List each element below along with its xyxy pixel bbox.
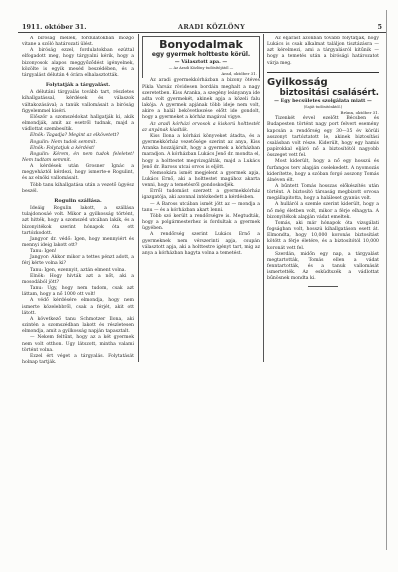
paragraph: A biróság ezzel, fordulatokban ezúttal e… bbox=[22, 48, 134, 79]
paragraph: Tomás, aki már hónapok óta vizsgálati fo… bbox=[267, 221, 379, 252]
paragraph: A bűntett Tomás hosszas előkészítés után… bbox=[267, 184, 379, 202]
column-3: Az eljárást azonban tovább folytatják, h… bbox=[267, 36, 379, 506]
paragraph: Az aradi gyermekkórházban a bizony ötéve… bbox=[142, 78, 260, 121]
paragraph: A kérdések után Grosner Ignác a megyeház… bbox=[22, 164, 134, 182]
section-subheading: Folytatják a tárgyalást. bbox=[22, 82, 134, 88]
dialogue-line: Jangyor: Akkor mikor a tettes pénzt adot… bbox=[22, 255, 134, 267]
column-2: Bonyodalmak egy gyermek holtteste körül.… bbox=[142, 36, 260, 506]
paragraph: Erről tudomást szerzett a gyermekkórház … bbox=[142, 189, 260, 201]
paragraph: Nemsokára ismét megjelent a gyermek apja… bbox=[142, 171, 260, 189]
dialogue-line: Jangyor dr. védő: Igen, hogy mennyiért é… bbox=[22, 237, 134, 249]
paragraph: — A Baross utcában ismét jött az — mondj… bbox=[142, 202, 260, 214]
paragraph: Először a szomszédokat hallgatják ki, ak… bbox=[22, 115, 134, 133]
article-title: Bonyodalmak bbox=[145, 39, 257, 51]
newspaper-page: 1911. október 31. ARADI KÖZLÖNY 5 A biró… bbox=[0, 0, 398, 572]
page-header: 1911. október 31. ARADI KÖZLÖNY 5 bbox=[18, 22, 386, 33]
paragraph: A következő tanu Schmotzer Ilona, aki sz… bbox=[22, 317, 134, 335]
page-number: 5 bbox=[377, 23, 382, 31]
dialogue-line: Tanu: Igen, ezennyit, aztán elment volna… bbox=[22, 268, 134, 274]
article-subtitle: egy gyermek holtteste körül. bbox=[145, 51, 257, 59]
paragraph: A hulláról a szemle szerint kiderült, ho… bbox=[267, 202, 379, 220]
dateline: Arad, október 31. bbox=[145, 71, 257, 77]
page-edge bbox=[386, 10, 387, 550]
section-subheading: Rogulin szállása. bbox=[22, 198, 134, 204]
end-rule bbox=[308, 286, 338, 287]
paragraph: Az aradi kórházi orvosok a kiskorú holtt… bbox=[142, 122, 260, 134]
paragraph: A délutáni tárgyalás tovább tart, részle… bbox=[22, 90, 134, 115]
paragraph: A védő kérdésére elmondja, hogy nem isme… bbox=[22, 298, 134, 316]
dialogue-line: Rogulin: Kérem, én nem tudok feleletet! … bbox=[22, 152, 134, 164]
paragraph: Szerdán, midőn egy nap, a tárgyalást meg… bbox=[267, 252, 379, 283]
article-title-box: Bonyodalmak egy gyermek holtteste körül.… bbox=[142, 36, 260, 78]
dialogue-line: Tanu: Ugy, hogy nem tudom, csak azt látt… bbox=[22, 286, 134, 298]
dialogue-line: Elnök: Tagadja? Megint az elkövetett? bbox=[22, 133, 134, 139]
article-title-line-2: biztositási csalásért. bbox=[267, 88, 379, 98]
issue-date: 1911. október 31. bbox=[22, 23, 86, 31]
paragraph: Több szó került a rendőrségre is. Megtud… bbox=[142, 214, 260, 232]
newspaper-name: ARADI KÖZLÖNY bbox=[178, 23, 245, 31]
dialogue-line: Elnök: Hogy hívták azt a nőt, aki a moso… bbox=[22, 274, 134, 286]
column-1: A biróság mellék, fordulatokban mozgó vi… bbox=[22, 36, 134, 376]
paragraph: A biróság mellék, fordulatokban mozgó vi… bbox=[22, 36, 134, 48]
paragraph: — Nekem feltűnt, hogy az a két gyermek n… bbox=[22, 335, 134, 353]
paragraph: Több tanu kihallgatása után a vezető ügy… bbox=[22, 183, 134, 195]
paragraph: Most kiderült, hogy a nő egy hosszú és f… bbox=[267, 159, 379, 184]
article-title-line-1: Gyilkosság bbox=[267, 77, 379, 88]
paragraph: Ezzel ért véget a tárgyalás. Folytatását… bbox=[22, 354, 134, 366]
article-separator bbox=[267, 72, 379, 73]
paragraph: Tizenkét évvel ezelőtt Bécsben és Budape… bbox=[267, 116, 379, 159]
paragraph: Ideáig Rogulin lakott, a szállása tulajd… bbox=[22, 206, 134, 237]
paragraph: A rendőrség szerint Lukács Ernő a gyerme… bbox=[142, 232, 260, 257]
paragraph: Kiss Ilona a kórházi könyveket átadta, é… bbox=[142, 134, 260, 171]
column-divider bbox=[138, 34, 139, 362]
paragraph: Az eljárást azonban tovább folytatják, h… bbox=[267, 36, 379, 67]
column-divider bbox=[263, 34, 264, 362]
